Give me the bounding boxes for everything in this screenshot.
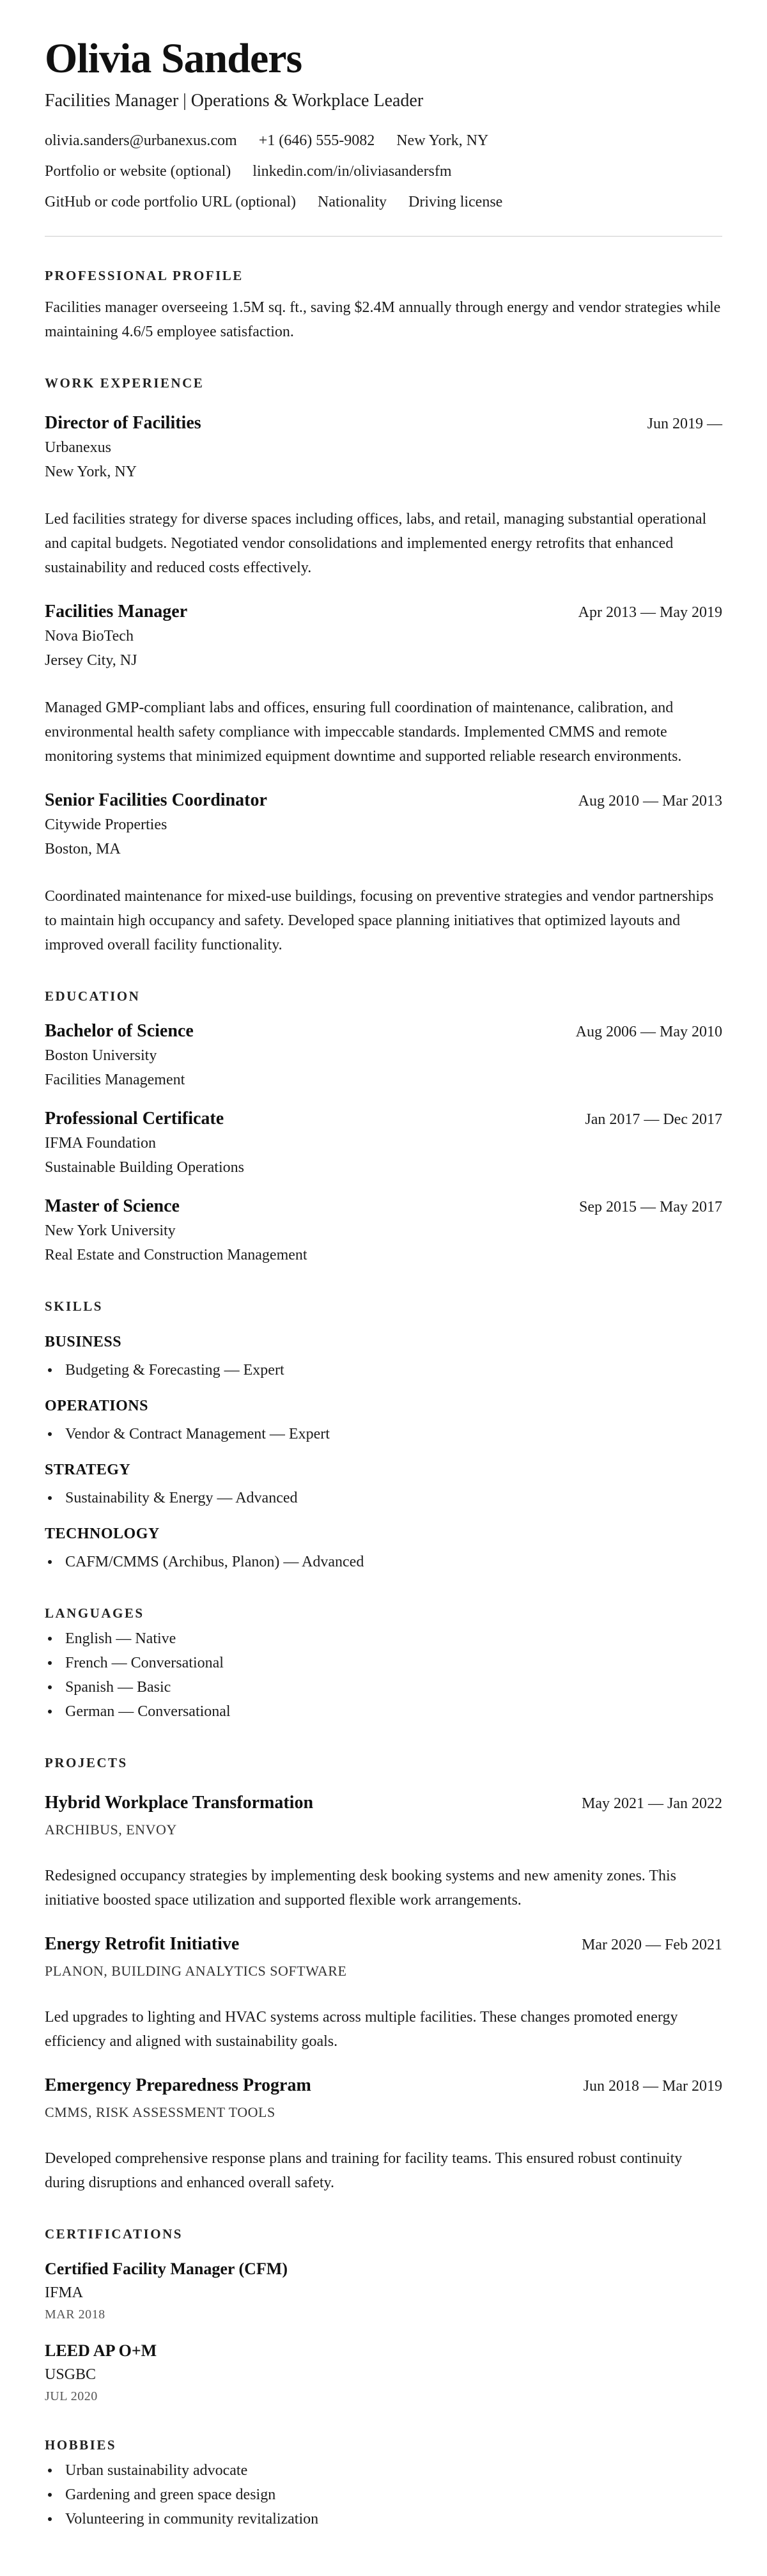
job-description: Managed GMP-compliant labs and offices, …	[45, 696, 722, 769]
job-location: New York, NY	[45, 460, 722, 484]
certification-org: USGBC	[45, 2362, 722, 2387]
skill-group-name: BUSINESS	[45, 1331, 722, 1353]
project-date: Jun 2018 — Mar 2019	[571, 2075, 722, 2098]
hobby-item: Urban sustainability advocate	[45, 2458, 722, 2483]
section-heading-languages: LANGUAGES	[45, 1605, 722, 1621]
job-entry: Facilities Manager Apr 2013 — May 2019 N…	[45, 600, 722, 769]
contact-row-3: GitHub or code portfolio URL (optional) …	[45, 190, 722, 214]
email-text: olivia.sanders@urbanexus.com	[45, 129, 237, 153]
skill-item: CAFM/CMMS (Archibus, Planon) — Advanced	[45, 1550, 722, 1574]
skill-group: OPERATIONS Vendor & Contract Management …	[45, 1395, 722, 1446]
project-description: Developed comprehensive response plans a…	[45, 2146, 722, 2195]
degree-title: Master of Science	[45, 1195, 180, 1218]
phone-text: +1 (646) 555-9082	[259, 129, 375, 153]
nationality-placeholder-text: Nationality	[318, 190, 387, 214]
certification-title: LEED AP O+M	[45, 2339, 722, 2362]
school-name: Boston University	[45, 1043, 722, 1068]
project-entry: Hybrid Workplace Transformation May 2021…	[45, 1791, 722, 1912]
job-date: Aug 2010 — Mar 2013	[566, 790, 722, 813]
certification-org: IFMA	[45, 2281, 722, 2305]
job-description: Coordinated maintenance for mixed-use bu…	[45, 884, 722, 957]
job-title: Facilities Manager	[45, 600, 187, 623]
skill-group: TECHNOLOGY CAFM/CMMS (Archibus, Planon) …	[45, 1523, 722, 1574]
contact-row-1: olivia.sanders@urbanexus.com +1 (646) 55…	[45, 129, 722, 153]
profile-summary-text: Facilities manager overseeing 1.5M sq. f…	[45, 295, 722, 344]
education-date: Sep 2015 — May 2017	[566, 1196, 722, 1219]
job-entry: Senior Facilities Coordinator Aug 2010 —…	[45, 789, 722, 957]
school-name: IFMA Foundation	[45, 1131, 722, 1155]
portfolio-placeholder-text: Portfolio or website (optional)	[45, 159, 231, 183]
language-item: German — Conversational	[45, 1699, 722, 1724]
header-divider	[45, 236, 722, 237]
skill-group-name: TECHNOLOGY	[45, 1523, 722, 1545]
project-entry: Energy Retrofit Initiative Mar 2020 — Fe…	[45, 1933, 722, 2054]
section-heading-projects: PROJECTS	[45, 1754, 722, 1771]
section-hobbies: HOBBIES Urban sustainability advocate Ga…	[45, 2437, 722, 2531]
skill-group: BUSINESS Budgeting & Forecasting — Exper…	[45, 1331, 722, 1382]
section-languages: LANGUAGES English — Native French — Conv…	[45, 1605, 722, 1724]
person-title: Facilities Manager | Operations & Workpl…	[45, 90, 722, 112]
skill-item: Vendor & Contract Management — Expert	[45, 1422, 722, 1446]
certification-date: JUL 2020	[45, 2387, 722, 2406]
school-name: New York University	[45, 1219, 722, 1243]
section-heading-profile: PROFESSIONAL PROFILE	[45, 267, 722, 284]
job-company: Citywide Properties	[45, 813, 722, 837]
section-heading-hobbies: HOBBIES	[45, 2437, 722, 2453]
project-entry: Emergency Preparedness Program Jun 2018 …	[45, 2074, 722, 2195]
job-company: Urbanexus	[45, 435, 722, 460]
education-date: Jan 2017 — Dec 2017	[572, 1108, 722, 1131]
driving-license-placeholder-text: Driving license	[408, 190, 502, 214]
skill-item: Budgeting & Forecasting — Expert	[45, 1358, 722, 1382]
job-description: Led facilities strategy for diverse spac…	[45, 507, 722, 580]
degree-title: Professional Certificate	[45, 1107, 224, 1130]
field-of-study: Real Estate and Construction Management	[45, 1243, 722, 1267]
field-of-study: Sustainable Building Operations	[45, 1155, 722, 1180]
education-date: Aug 2006 — May 2010	[563, 1020, 722, 1043]
project-title: Hybrid Workplace Transformation	[45, 1791, 313, 1815]
skill-group-name: STRATEGY	[45, 1459, 722, 1481]
skill-group: STRATEGY Sustainability & Energy — Advan…	[45, 1459, 722, 1510]
project-date: Mar 2020 — Feb 2021	[569, 1933, 722, 1956]
project-tools: CMMS, RISK ASSESSMENT TOOLS	[45, 2102, 722, 2123]
education-entry: Master of Science Sep 2015 — May 2017 Ne…	[45, 1195, 722, 1267]
project-title: Emergency Preparedness Program	[45, 2074, 311, 2097]
project-description: Led upgrades to lighting and HVAC system…	[45, 2005, 722, 2054]
skill-group-name: OPERATIONS	[45, 1395, 722, 1417]
job-entry: Director of Facilities Jun 2019 — Urbane…	[45, 412, 722, 580]
location-text: New York, NY	[396, 129, 488, 153]
project-tools: PLANON, BUILDING ANALYTICS SOFTWARE	[45, 1960, 722, 1982]
job-title: Director of Facilities	[45, 412, 201, 435]
job-location: Boston, MA	[45, 837, 722, 861]
resume-page: Olivia Sanders Facilities Manager | Oper…	[0, 0, 767, 2576]
project-title: Energy Retrofit Initiative	[45, 1933, 239, 1956]
resume-header: Olivia Sanders Facilities Manager | Oper…	[45, 35, 722, 214]
section-skills: SKILLS BUSINESS Budgeting & Forecasting …	[45, 1298, 722, 1574]
certification-title: Certified Facility Manager (CFM)	[45, 2258, 722, 2281]
skill-item: Sustainability & Energy — Advanced	[45, 1486, 722, 1510]
education-entry: Professional Certificate Jan 2017 — Dec …	[45, 1107, 722, 1180]
hobby-item: Volunteering in community revitalization	[45, 2507, 722, 2531]
project-tools: ARCHIBUS, ENVOY	[45, 1819, 722, 1841]
degree-title: Bachelor of Science	[45, 1020, 194, 1043]
job-date: Jun 2019 —	[635, 412, 722, 435]
job-location: Jersey City, NJ	[45, 648, 722, 673]
section-heading-education: EDUCATION	[45, 988, 722, 1004]
linkedin-text: linkedin.com/in/oliviasandersfm	[252, 159, 451, 183]
section-heading-work: WORK EXPERIENCE	[45, 375, 722, 391]
contact-row-2: Portfolio or website (optional) linkedin…	[45, 159, 722, 183]
job-company: Nova BioTech	[45, 624, 722, 648]
certification-entry: LEED AP O+M USGBC JUL 2020	[45, 2339, 722, 2406]
section-projects: PROJECTS Hybrid Workplace Transformation…	[45, 1754, 722, 2195]
education-entry: Bachelor of Science Aug 2006 — May 2010 …	[45, 1020, 722, 1092]
section-professional-profile: PROFESSIONAL PROFILE Facilities manager …	[45, 267, 722, 344]
certification-date: MAR 2018	[45, 2305, 722, 2324]
job-date: Apr 2013 — May 2019	[566, 601, 722, 624]
project-date: May 2021 — Jan 2022	[569, 1792, 722, 1815]
project-description: Redesigned occupancy strategies by imple…	[45, 1864, 722, 1912]
github-placeholder-text: GitHub or code portfolio URL (optional)	[45, 190, 296, 214]
contact-block: olivia.sanders@urbanexus.com +1 (646) 55…	[45, 129, 722, 214]
section-work-experience: WORK EXPERIENCE Director of Facilities J…	[45, 375, 722, 957]
section-heading-skills: SKILLS	[45, 1298, 722, 1315]
field-of-study: Facilities Management	[45, 1068, 722, 1092]
language-item: French — Conversational	[45, 1651, 722, 1675]
language-item: English — Native	[45, 1627, 722, 1651]
section-education: EDUCATION Bachelor of Science Aug 2006 —…	[45, 988, 722, 1267]
language-item: Spanish — Basic	[45, 1675, 722, 1699]
job-title: Senior Facilities Coordinator	[45, 789, 267, 812]
section-heading-certifications: CERTIFICATIONS	[45, 2226, 722, 2242]
hobby-item: Gardening and green space design	[45, 2483, 722, 2507]
person-name: Olivia Sanders	[45, 35, 722, 82]
section-certifications: CERTIFICATIONS Certified Facility Manage…	[45, 2226, 722, 2406]
certification-entry: Certified Facility Manager (CFM) IFMA MA…	[45, 2258, 722, 2324]
